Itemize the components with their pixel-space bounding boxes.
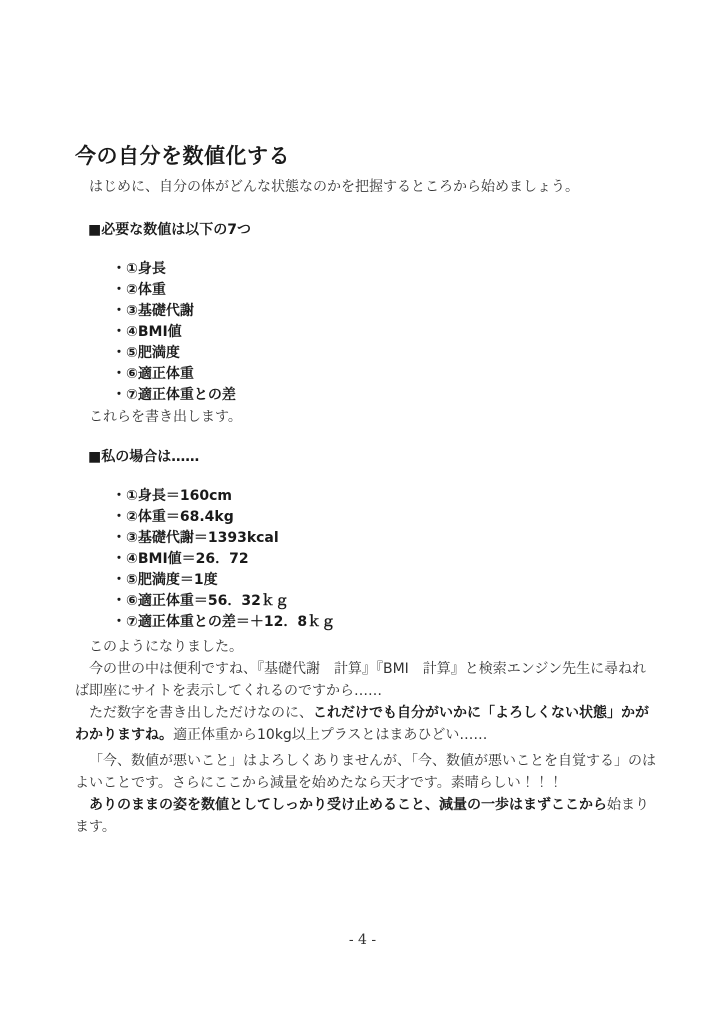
list-item: ・①身長 xyxy=(112,259,236,280)
list-item: ・③基礎代謝＝1393kcal xyxy=(112,528,335,549)
body-text: このようになりました。 xyxy=(89,639,243,655)
paragraph: ありのままの姿を数値としてしっかり受け止めること、減量の一歩はまずここから始まり… xyxy=(75,794,659,838)
list-item: ・④BMI値 xyxy=(112,322,236,343)
body-text: 今の世の中は便利ですね、『基礎代謝 計算』『BMI 計算』と検索エンジン先生に尋… xyxy=(75,661,646,699)
page-title: 今の自分を数値化する xyxy=(75,142,290,170)
list-item: ・②体重 xyxy=(112,280,236,301)
list-item: ・⑦適正体重との差＝＋12．8ｋｇ xyxy=(112,612,335,633)
body-text: 適正体重から10kg以上プラスとはまあひどい…… xyxy=(173,727,487,743)
list-item: ・③基礎代謝 xyxy=(112,301,236,322)
list-item: ・①身長＝160cm xyxy=(112,486,335,507)
body-text: ただ数字を書き出しただけなのに、 xyxy=(89,705,313,721)
page-number: - 4 - xyxy=(0,932,725,948)
list-item: ・⑤肥満度＝1度 xyxy=(112,570,335,591)
list-item: ・④BMI値＝26．72 xyxy=(112,549,335,570)
paragraph: 今の世の中は便利ですね、『基礎代謝 計算』『BMI 計算』と検索エンジン先生に尋… xyxy=(75,658,659,702)
my-values-list: ・①身長＝160cm・②体重＝68.4kg・③基礎代謝＝1393kcal・④BM… xyxy=(112,486,335,633)
list-item: ・⑥適正体重 xyxy=(112,364,236,385)
section-heading-my-case: ■私の場合は…… xyxy=(88,447,199,467)
list-item: ・⑦適正体重との差 xyxy=(112,385,236,406)
list-item: ・⑤肥満度 xyxy=(112,343,236,364)
closing-paragraphs: 「今、数値が悪いこと」はよろしくありませんが、「今、数値が悪いことを自覚する」の… xyxy=(75,750,659,838)
paragraph: ただ数字を書き出しただけなのに、これだけでも自分がいかに「よろしくない状態」かが… xyxy=(75,702,659,746)
intro-paragraph: はじめに、自分の体がどんな状態なのかを把握するところから始めましょう。 xyxy=(75,176,659,198)
list-item: ・⑥適正体重＝56．32ｋｇ xyxy=(112,591,335,612)
list-item: ・②体重＝68.4kg xyxy=(112,507,335,528)
body-text: 「今、数値が悪いこと」はよろしくありませんが、「今、数値が悪いことを自覚する」の… xyxy=(75,753,656,791)
section-heading-required-numbers: ■必要な数値は以下の7つ xyxy=(88,220,251,240)
emphasis-text: ありのままの姿を数値としてしっかり受け止めること、減量の一歩はまずここから xyxy=(89,797,607,813)
after-list-note: これらを書き出します。 xyxy=(75,406,659,428)
paragraph: 「今、数値が悪いこと」はよろしくありませんが、「今、数値が悪いことを自覚する」の… xyxy=(75,750,659,794)
paragraph: このようになりました。 xyxy=(75,636,659,658)
document-page: 今の自分を数値化する はじめに、自分の体がどんな状態なのかを把握するところから始… xyxy=(0,0,725,1024)
required-numbers-list: ・①身長・②体重・③基礎代謝・④BMI値・⑤肥満度・⑥適正体重・⑦適正体重との差 xyxy=(112,259,236,406)
commentary-paragraphs: このようになりました。今の世の中は便利ですね、『基礎代謝 計算』『BMI 計算』… xyxy=(75,636,659,746)
